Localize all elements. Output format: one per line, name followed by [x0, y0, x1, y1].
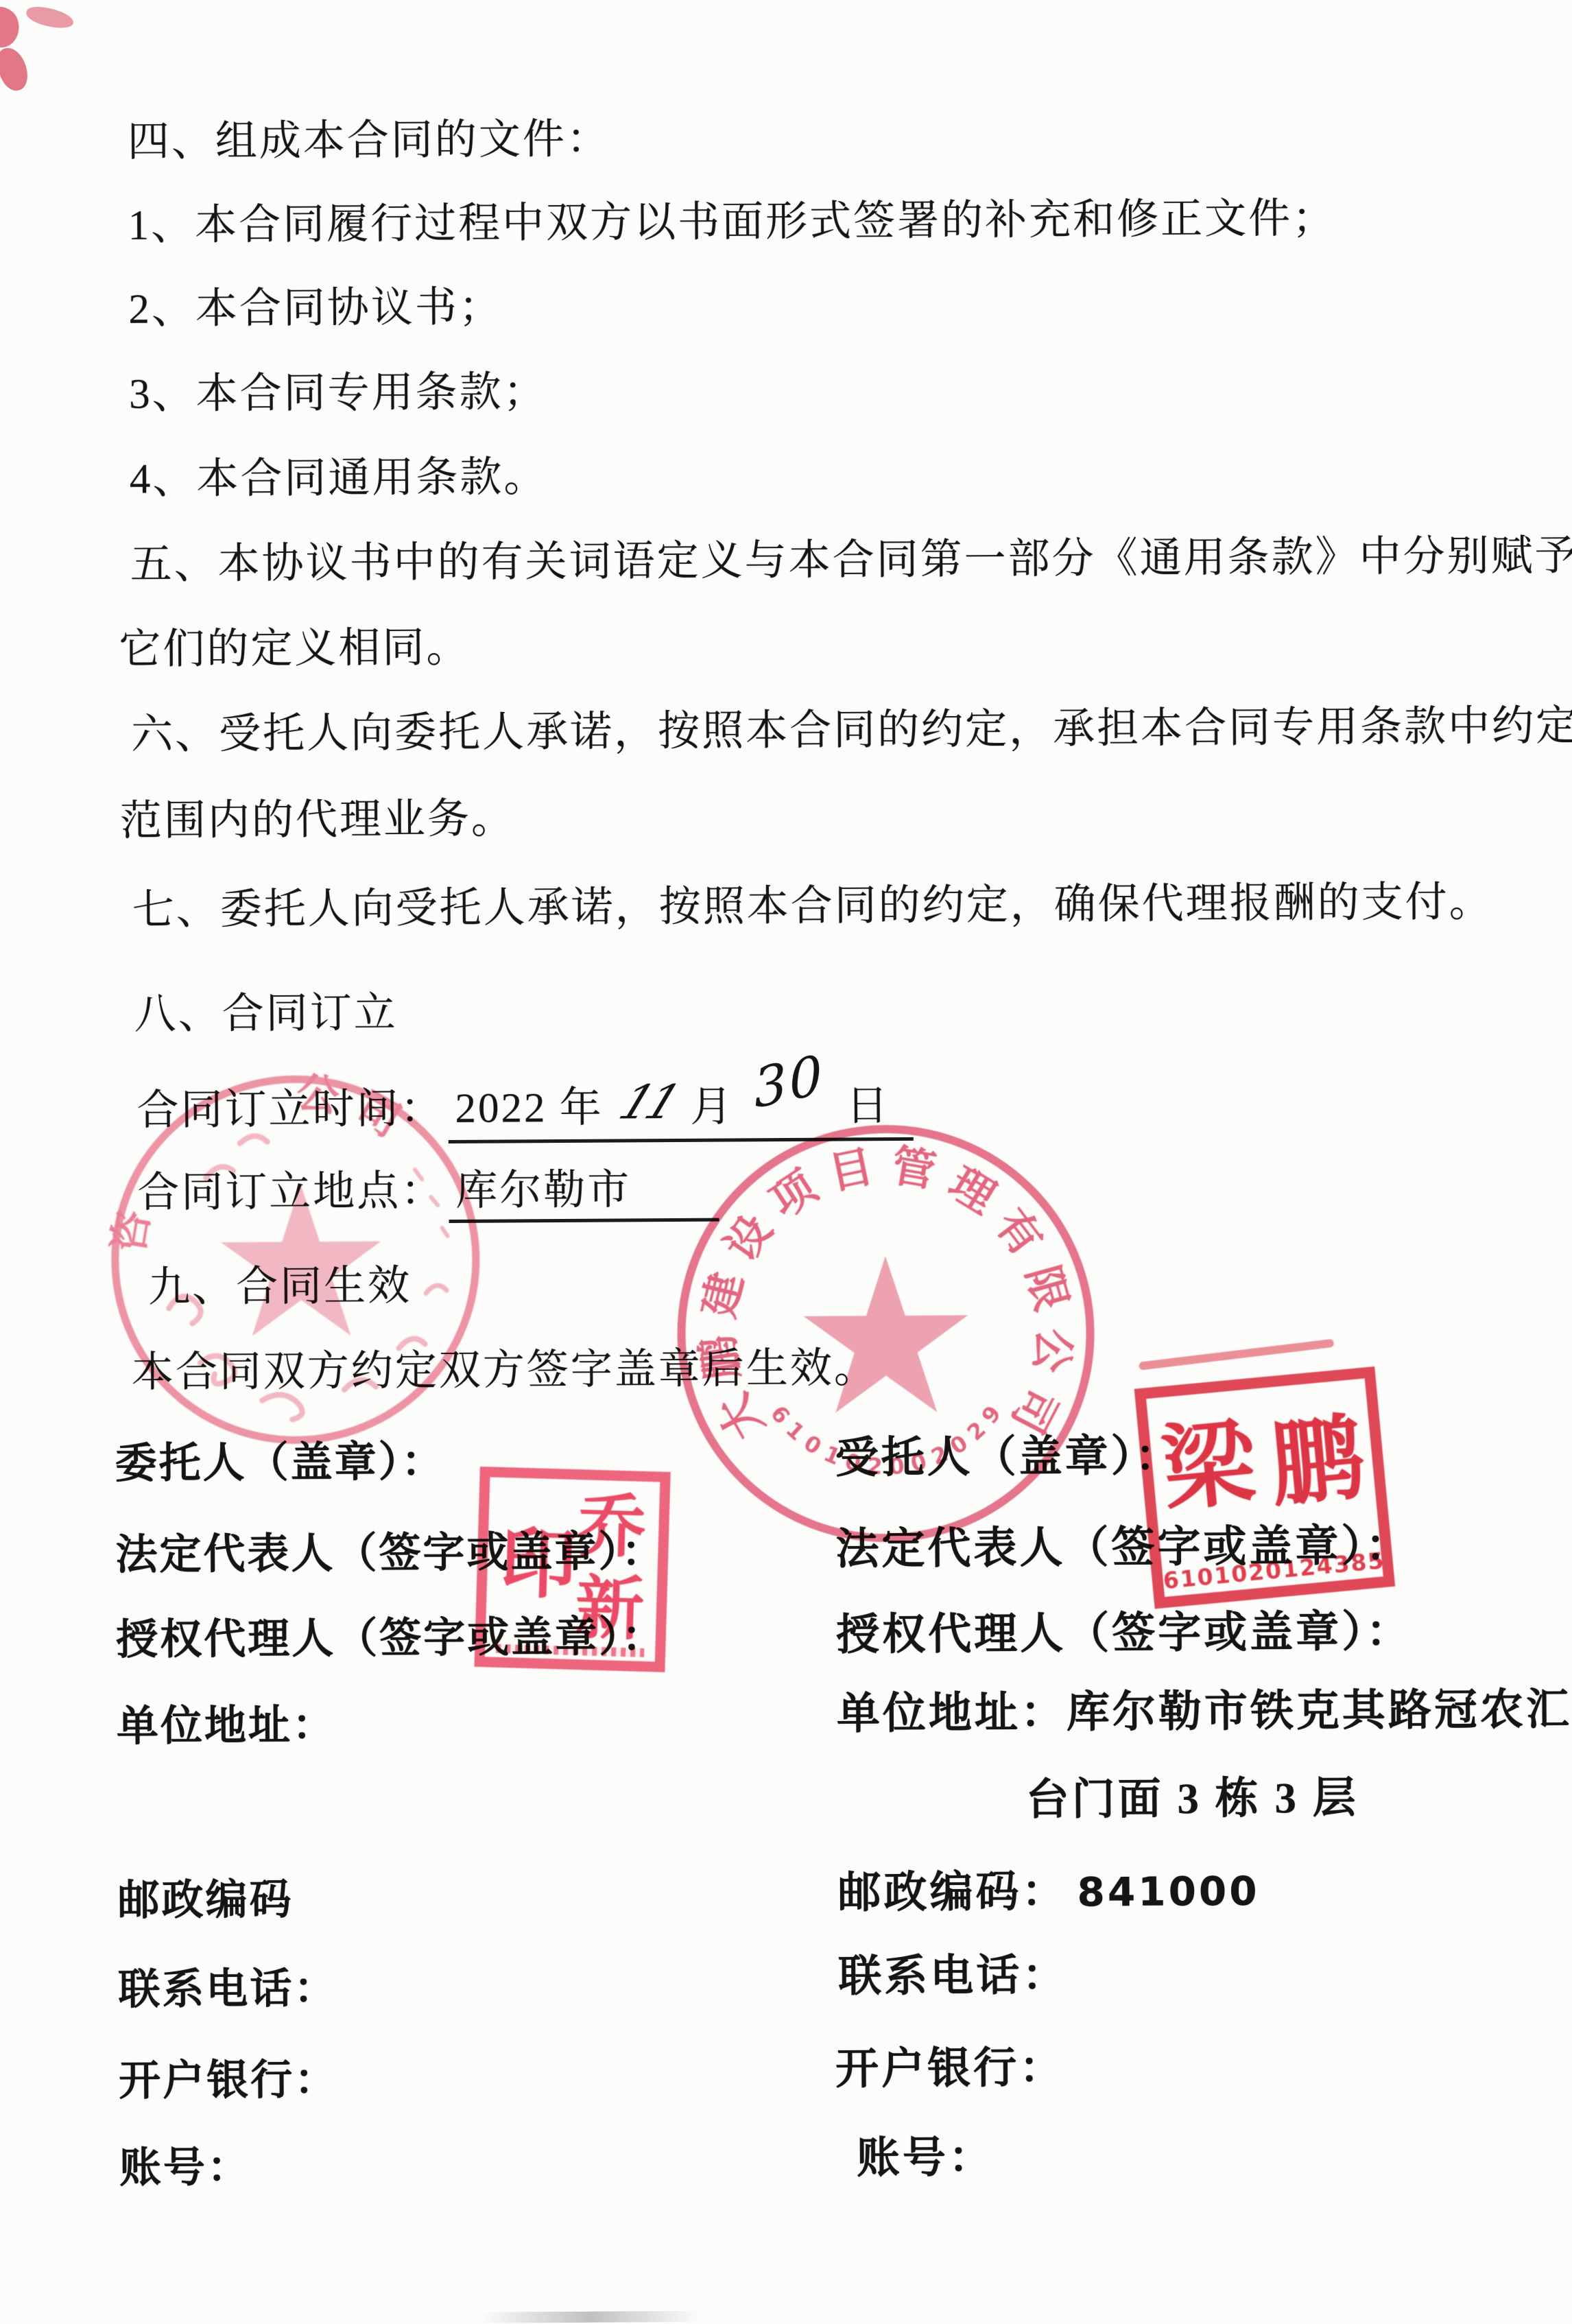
page-edge-ink-artifact [25, 4, 75, 32]
trustee-address-line-2: 台门面 3 栋 3 层 [1025, 1775, 1358, 1824]
handwritten-day-value: 30 [752, 1045, 826, 1120]
trustee-legal-rep-label: 法定代表人（签字或盖章）： [835, 1522, 1412, 1573]
page-content: 四、组成本合同的文件： 1、本合同履行过程中双方以书面形式签署的补充和修正文件；… [0, 0, 1572, 2324]
contract-date-line: 合同订立时间：2022 年11月30日 [136, 1073, 914, 1146]
seal-smear-mark [1139, 1339, 1334, 1371]
trustee-address-line-1: 单位地址：库尔勒市铁克其路冠农汇影 [837, 1686, 1572, 1738]
client-phone-label: 联系电话： [118, 1966, 337, 2013]
page-edge-ink-artifact [0, 45, 32, 94]
trustee-seal-label: 受托人（盖章）： [835, 1432, 1181, 1482]
client-agent-label: 授权代理人（签字或盖章）： [116, 1614, 666, 1663]
seal-ring-text-container: 大鹏建设项目管理有限公司 [692, 1140, 1080, 1448]
clause-4-item-1: 1、本合同履行过程中双方以书面形式签署的补充和修正文件； [128, 195, 1336, 249]
day-label: 日 [846, 1083, 890, 1129]
clause-4-item-2: 2、本合同协议书； [128, 285, 503, 333]
scanned-contract-page: 四、组成本合同的文件： 1、本合同履行过程中双方以书面形式签署的补充和修正文件；… [0, 0, 1572, 2324]
clause-6-line-1: 六、受托人向委托人承诺，按照本合同的约定，承担本合同专用条款中约定 [131, 703, 1572, 758]
contract-place-label: 合同订立地点： [137, 1168, 444, 1216]
clause-4-title: 四、组成本合同的文件： [128, 117, 610, 165]
handwritten-month-value: 11 [612, 1078, 683, 1129]
client-postcode-label: 邮政编码 [117, 1877, 293, 1924]
clause-9-title: 九、合同生效 [148, 1263, 412, 1310]
clause-5-line-1: 五、本协议书中的有关词语定义与本合同第一部分《通用条款》中分别赋予 [130, 533, 1572, 588]
client-bank-label: 开户银行： [119, 2057, 338, 2104]
client-account-label: 账号： [119, 2145, 251, 2192]
page-edge-ink-artifact [0, 3, 25, 52]
personal-seal-liang-stamp: 梁 鹏 6101020124385 [1134, 1366, 1395, 1609]
client-address-label: 单位地址： [117, 1703, 336, 1750]
contract-date-label: 合同订立时间： [136, 1086, 444, 1134]
client-seal-label: 委托人（盖章）： [115, 1439, 445, 1487]
trustee-phone-label: 联系电话： [838, 1952, 1068, 2001]
trustee-postcode-label: 邮政编码： [837, 1868, 1067, 1917]
seal-char: 鹏 [1267, 1412, 1368, 1513]
trustee-address-label: 单位地址： [837, 1689, 1067, 1738]
clause-6-line-2: 范围内的代理业务。 [120, 796, 515, 844]
scan-smudge [480, 2311, 700, 2323]
year-printed: 2022 年 [455, 1085, 604, 1132]
clause-8-title: 八、合同订立 [134, 990, 397, 1037]
clause-9-body: 本合同双方约定双方签字盖章后生效。 [132, 1345, 878, 1396]
contract-place-line: 合同订立地点：库尔勒市 [137, 1167, 719, 1225]
trustee-postcode-line: 邮政编码：841000 [837, 1867, 1260, 1917]
seal-company-name: 大鹏建设项目管理有限公司 [692, 1140, 1080, 1448]
clause-4-item-3: 3、本合同专用条款； [129, 369, 547, 418]
clause-7: 七、委托人向受托人承诺，按照本合同的约定，确保代理报酬的支付。 [132, 879, 1493, 934]
clause-5-line-2: 它们的定义相同。 [119, 625, 470, 673]
trustee-agent-label: 授权代理人（签字或盖章）： [836, 1608, 1412, 1659]
contract-date-value: 2022 年11月30日 [448, 1073, 914, 1143]
trustee-address-value: 库尔勒市铁克其路冠农汇影 [1067, 1685, 1572, 1737]
trustee-bank-label: 开户银行： [835, 2045, 1065, 2094]
month-label: 月 [690, 1084, 734, 1130]
client-legal-rep-label: 法定代表人（签字或盖章）： [115, 1529, 665, 1578]
trustee-account-label: 账号： [857, 2134, 995, 2183]
trustee-postcode-value: 841000 [1077, 1868, 1260, 1916]
clause-4-item-4: 4、本合同通用条款。 [130, 454, 548, 503]
trustee-company-seal-stamp: 大鹏建设项目管理有限公司 610102002029 [669, 1116, 1104, 1551]
contract-place-value: 库尔勒市 [449, 1167, 719, 1223]
